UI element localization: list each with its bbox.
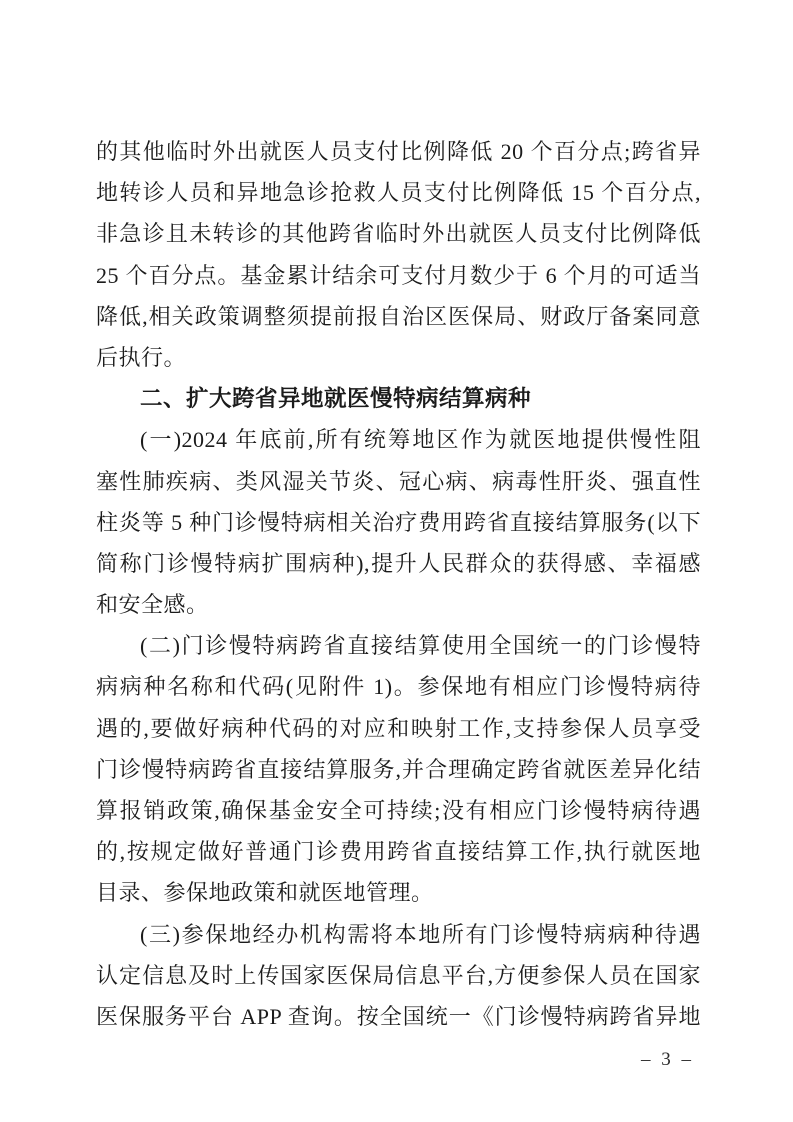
- text-line: 二、扩大跨省异地就医慢特病结算病种: [96, 378, 701, 419]
- paragraph: (一)2024 年底前,所有统筹地区作为就医地提供慢性阻塞性肺疾病、类风湿关节炎…: [96, 419, 701, 625]
- text-line: 算报销政策,确保基金安全可持续;没有相应门诊慢特病待遇: [96, 790, 701, 831]
- text-line: 的,按规定做好普通门诊费用跨省直接结算工作,执行就医地: [96, 831, 701, 872]
- text-line: 目录、参保地政策和就医地管理。: [96, 872, 701, 913]
- text-line: 的其他临时外出就医人员支付比例降低 20 个百分点;跨省异: [96, 131, 701, 172]
- text-line: 降低,相关政策调整须提前报自治区医保局、财政厅备案同意: [96, 296, 701, 337]
- text-line: 病病种名称和代码(见附件 1)。参保地有相应门诊慢特病待: [96, 666, 701, 707]
- document-body: 的其他临时外出就医人员支付比例降低 20 个百分点;跨省异地转诊人员和异地急诊抢…: [96, 131, 701, 1037]
- section-heading: 二、扩大跨省异地就医慢特病结算病种: [96, 378, 701, 419]
- document-page: 的其他临时外出就医人员支付比例降低 20 个百分点;跨省异地转诊人员和异地急诊抢…: [0, 0, 793, 1122]
- text-line: 地转诊人员和异地急诊抢救人员支付比例降低 15 个百分点,: [96, 172, 701, 213]
- text-line: 塞性肺疾病、类风湿关节炎、冠心病、病毒性肝炎、强直性脊: [96, 461, 701, 502]
- text-line: 柱炎等 5 种门诊慢特病相关治疗费用跨省直接结算服务(以下: [96, 502, 701, 543]
- page-number: – 3 –: [641, 1048, 694, 1072]
- text-line: (二)门诊慢特病跨省直接结算使用全国统一的门诊慢特: [96, 625, 701, 666]
- text-line: 医保服务平台 APP 查询。按全国统一《门诊慢特病跨省异地就: [96, 996, 701, 1037]
- paragraph: (三)参保地经办机构需将本地所有门诊慢特病病种待遇认定信息及时上传国家医保局信息…: [96, 914, 701, 1038]
- text-line: 认定信息及时上传国家医保局信息平台,方便参保人员在国家: [96, 955, 701, 996]
- text-line: (一)2024 年底前,所有统筹地区作为就医地提供慢性阻: [96, 419, 701, 460]
- paragraph: 的其他临时外出就医人员支付比例降低 20 个百分点;跨省异地转诊人员和异地急诊抢…: [96, 131, 701, 378]
- text-line: (三)参保地经办机构需将本地所有门诊慢特病病种待遇: [96, 914, 701, 955]
- text-line: 门诊慢特病跨省直接结算服务,并合理确定跨省就医差异化结: [96, 749, 701, 790]
- paragraph: (二)门诊慢特病跨省直接结算使用全国统一的门诊慢特病病种名称和代码(见附件 1)…: [96, 625, 701, 913]
- text-line: 后执行。: [96, 337, 701, 378]
- text-line: 非急诊且未转诊的其他跨省临时外出就医人员支付比例降低: [96, 213, 701, 254]
- text-line: 简称门诊慢特病扩围病种),提升人民群众的获得感、幸福感: [96, 543, 701, 584]
- text-line: 遇的,要做好病种代码的对应和映射工作,支持参保人员享受: [96, 708, 701, 749]
- text-line: 和安全感。: [96, 584, 701, 625]
- text-line: 25 个百分点。基金累计结余可支付月数少于 6 个月的可适当再: [96, 255, 701, 296]
